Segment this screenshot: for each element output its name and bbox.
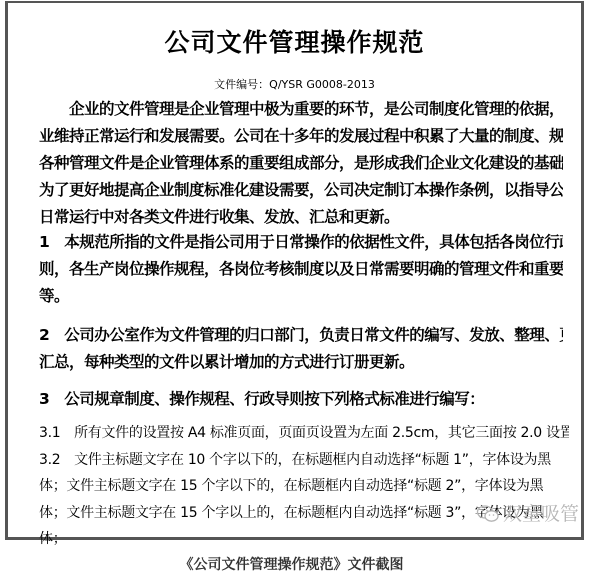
- intro-line: 企业的文件管理是企业管理中极为重要的环节，是公司制度化管理的依据，是企: [39, 96, 563, 123]
- section-line: 3 公司规章制度、操作规程、行政导则按下列格式标准进行编写：: [39, 386, 563, 413]
- section-line: 汇总，每种类型的文件以累计增加的方式进行订册更新。: [39, 349, 563, 376]
- subsection-line: 3.2 文件主标题文字在 10 个字以下的，在标题框内自动选择“标题 1”，字体…: [39, 447, 569, 474]
- watermark-text: 双童吸管: [503, 503, 579, 525]
- watermark: 双童吸管: [476, 503, 579, 525]
- section-line: 1 本规范所指的文件是指公司用于日常操作的依据性文件，具体包括各岗位行政导: [39, 229, 563, 256]
- intro-line: 日常运行中对各类文件进行收集、发放、汇总和更新。: [39, 204, 563, 231]
- intro-line: 为了更好地提高企业制度标准化建设需要，公司决定制订本操作条例，以指导公司在: [39, 177, 563, 204]
- section-line: 则，各生产岗位操作规程，各岗位考核制度以及日常需要明确的管理文件和重要资料: [39, 256, 563, 283]
- wechat-icon: [476, 504, 500, 524]
- section-1: 1 本规范所指的文件是指公司用于日常操作的依据性文件，具体包括各岗位行政导 则，…: [39, 229, 563, 310]
- intro-line: 业维持正常运行和发展需要。公司在十多年的发展过程中积累了大量的制度、规程和: [39, 123, 563, 150]
- intro-line: 各种管理文件是企业管理体系的重要组成部分，是形成我们企业文化建设的基础平台。: [39, 150, 563, 177]
- document-title: 公司文件管理操作规范: [8, 28, 581, 58]
- section-3-heading: 3 公司规章制度、操作规程、行政导则按下列格式标准进行编写：: [39, 386, 563, 413]
- subsections: 3.1 所有文件的设置按 A4 标准页面，页面页设置为左面 2.5cm，其它三面…: [39, 420, 569, 553]
- document-screenshot-frame: 公司文件管理操作规范 文件编号：Q/YSR G0008-2013 企业的文件管理…: [5, 1, 584, 540]
- subsection-line: 体；文件主标题文字在 15 个字以下的，在标题框内自动选择“标题 2”，字体设为…: [39, 473, 569, 500]
- section-line: 2 公司办公室作为文件管理的归口部门，负责日常文件的编写、发放、整理、更新和: [39, 322, 563, 349]
- subsection-line: 3.1 所有文件的设置按 A4 标准页面，页面页设置为左面 2.5cm，其它三面…: [39, 420, 569, 447]
- section-2: 2 公司办公室作为文件管理的归口部门，负责日常文件的编写、发放、整理、更新和 汇…: [39, 322, 563, 376]
- intro-paragraph: 企业的文件管理是企业管理中极为重要的环节，是公司制度化管理的依据，是企 业维持正…: [39, 96, 563, 231]
- section-line: 等。: [39, 283, 563, 310]
- document-number: 文件编号：Q/YSR G0008-2013: [8, 77, 581, 93]
- subsection-line: 体；: [39, 526, 569, 553]
- figure-caption: 《公司文件管理操作规范》文件截图: [0, 555, 583, 575]
